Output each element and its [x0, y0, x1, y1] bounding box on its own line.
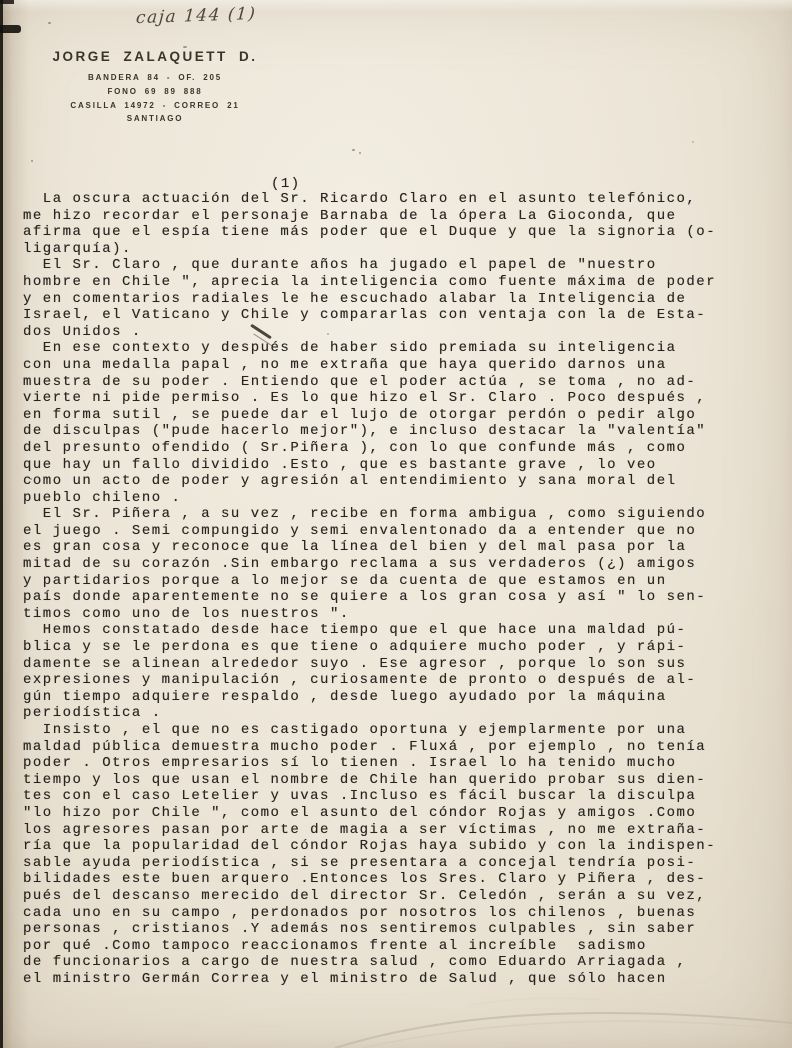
letterhead-po-box: CASILLA 14972 - CORREO 21: [52, 99, 258, 113]
paper-speck: [359, 152, 361, 154]
scan-corner-mark: [0, 25, 21, 33]
page-number: (1): [271, 176, 301, 192]
letterhead-name: JORGE ZALAQUETT D.: [52, 49, 258, 64]
typewritten-body: La oscura actuación del Sr. Ricardo Clar…: [23, 191, 716, 988]
paper-speck: [352, 149, 355, 151]
letterhead-address: BANDERA 84 - OF. 205: [52, 71, 258, 85]
scan-edge-artifact-top: [0, 0, 14, 4]
scanned-document-page: caja 144 (1) JORGE ZALAQUETT D. BANDERA …: [0, 0, 792, 1048]
letterhead: JORGE ZALAQUETT D. BANDERA 84 - OF. 205 …: [52, 49, 258, 126]
paper-speck: [31, 160, 33, 162]
letterhead-city: SANTIAGO: [52, 112, 258, 126]
scan-edge-artifact: [0, 0, 3, 1048]
paper-speck: [327, 333, 329, 335]
paper-speck: [48, 22, 51, 24]
paper-speck: [183, 46, 187, 48]
letterhead-phone: FONO 69 89 888: [52, 85, 258, 99]
paper-speck: [692, 141, 694, 143]
handwritten-archive-note: caja 144 (1): [135, 4, 257, 28]
paper-speck: [30, 478, 32, 480]
scan-top-highlight: [0, 0, 792, 12]
